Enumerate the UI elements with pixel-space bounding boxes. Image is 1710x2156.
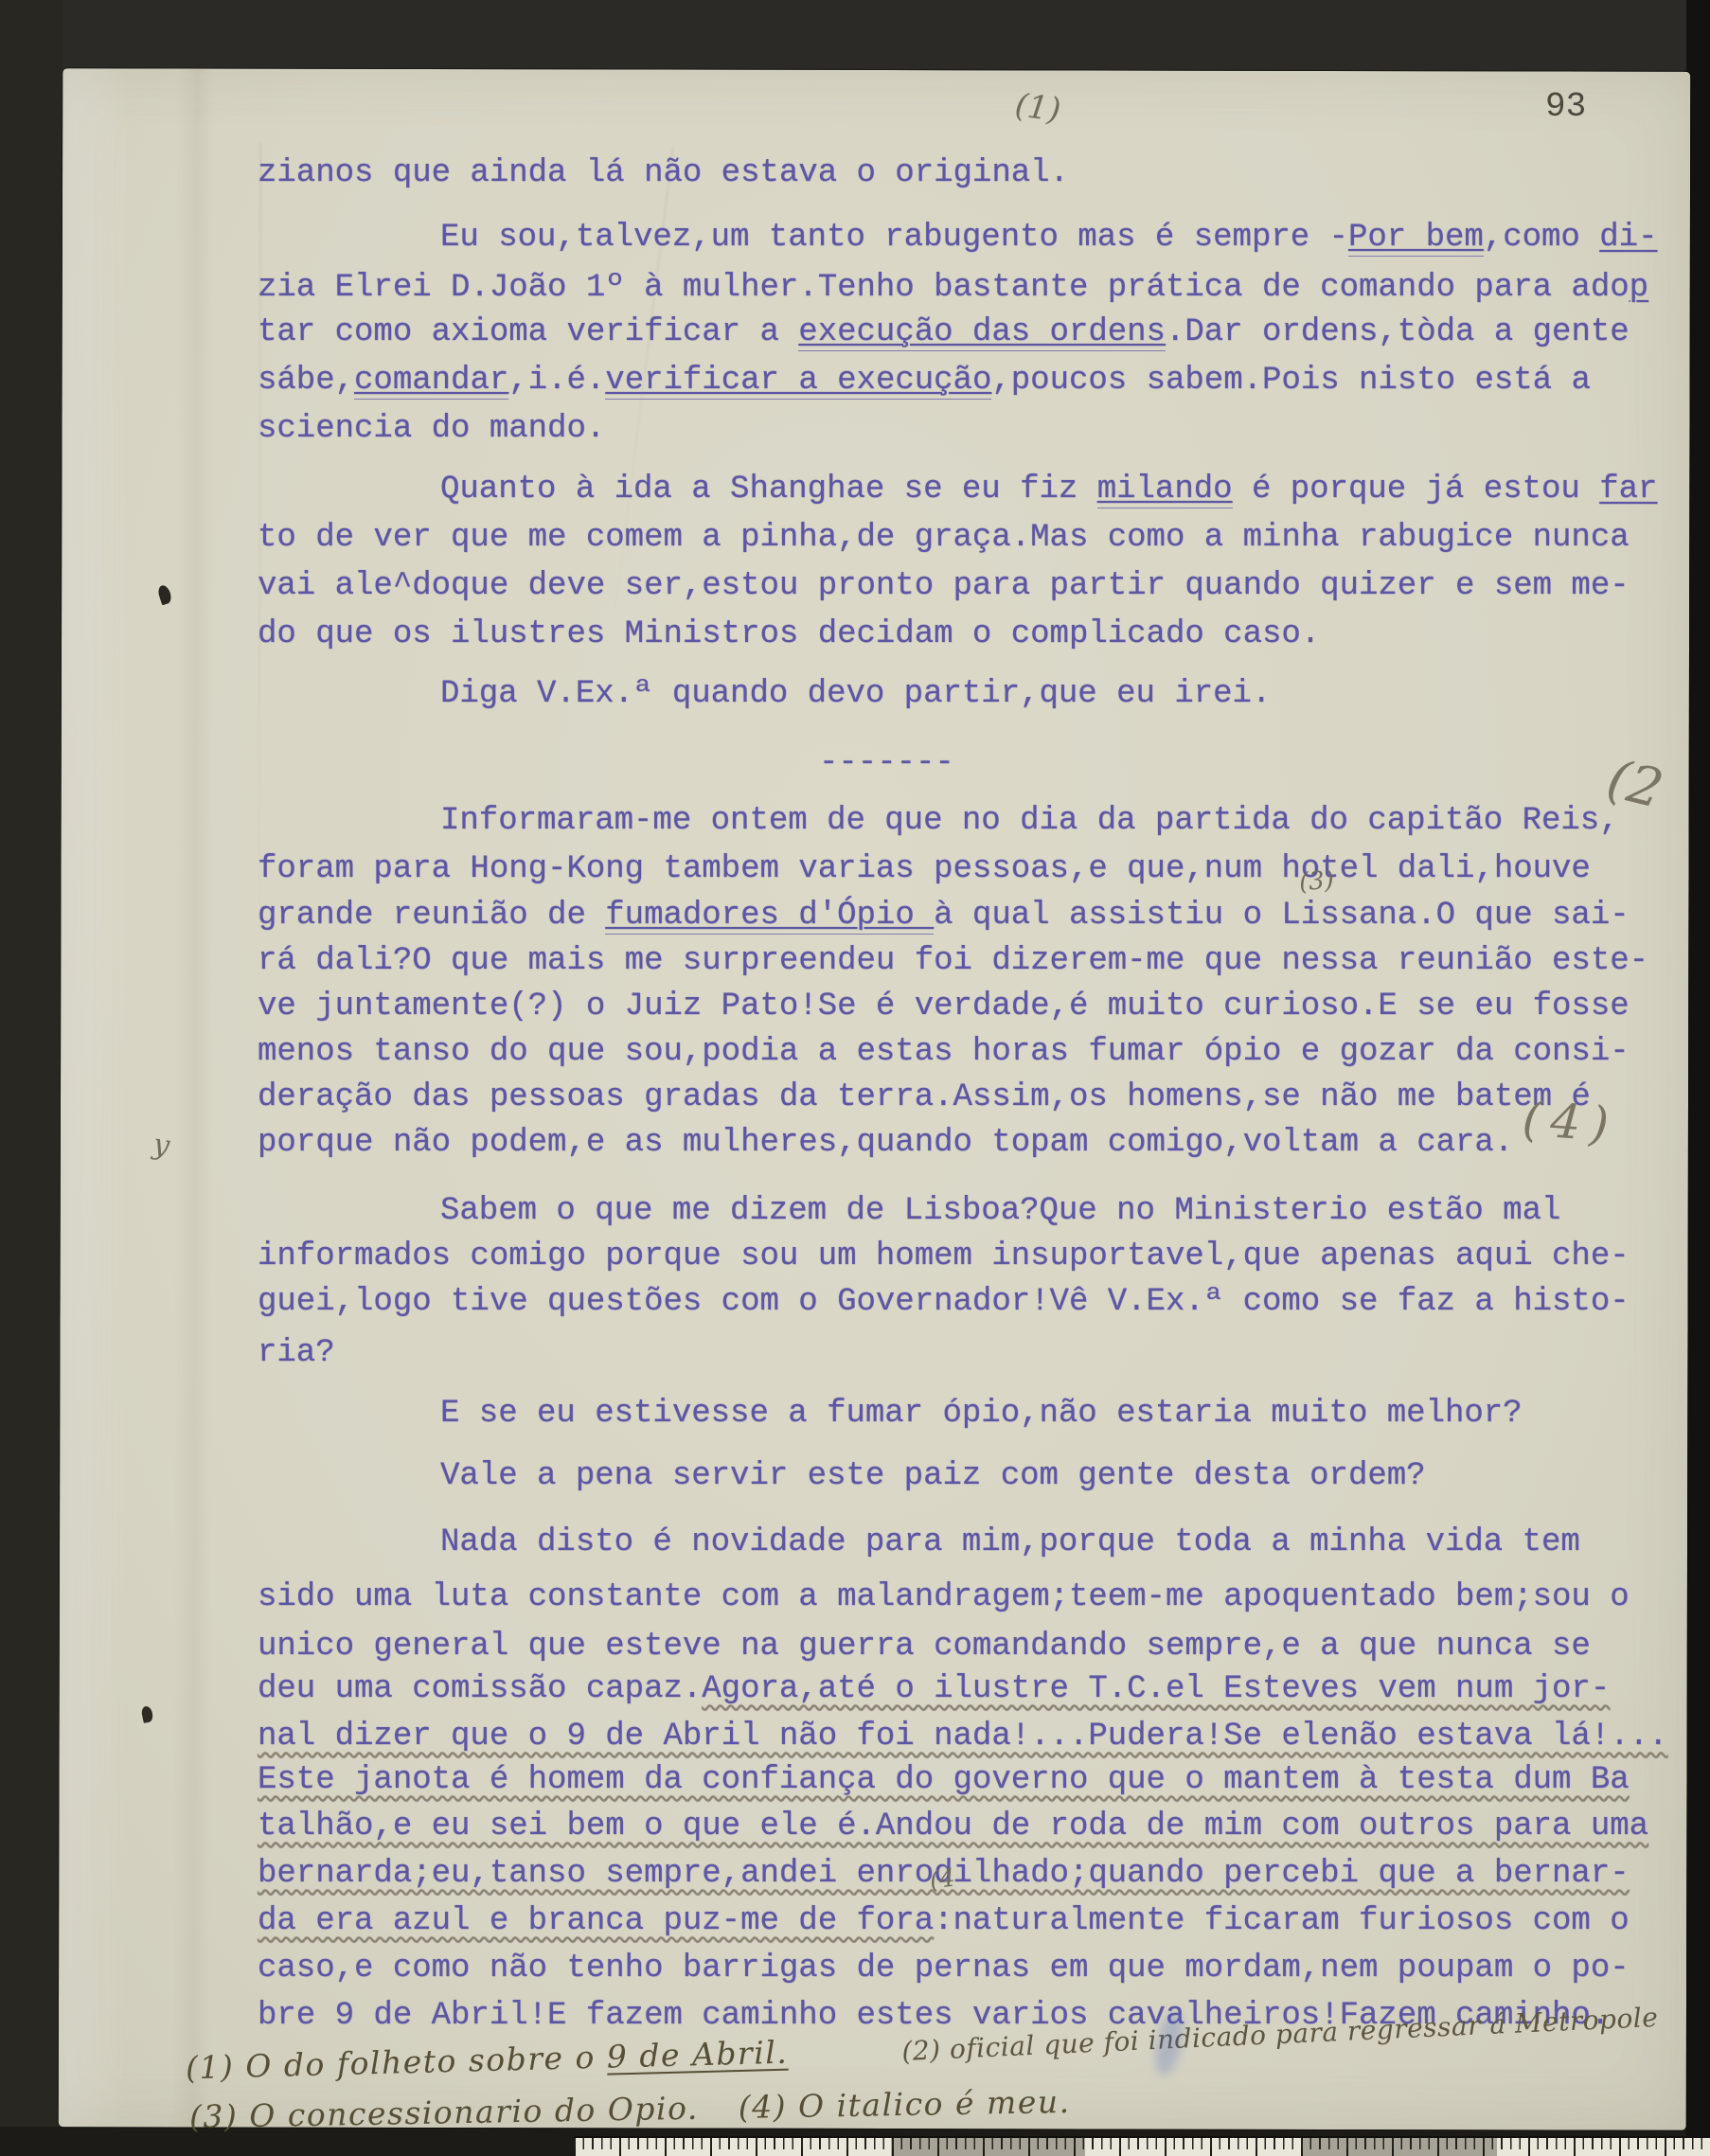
typed-line: deu uma comissão capaz.Agora,até o ilust…	[258, 1673, 1610, 1707]
typed-line: informados comigo porque sou um homem in…	[258, 1240, 1630, 1274]
typed-text-underlined: far	[1599, 472, 1657, 508]
typed-line: zia Elrei D.João 1º à mulher.Tenho basta…	[258, 272, 1648, 306]
typed-text: ,como	[1484, 220, 1599, 256]
typed-text-underlined: nal dizer que o 9 de Abril não foi nada!…	[258, 1719, 1667, 1755]
typed-line: ria?	[258, 1337, 335, 1371]
typed-line: foram para Hong-Kong tambem varias pesso…	[258, 853, 1591, 887]
typed-text: -------	[819, 745, 954, 781]
typed-line: sábe,comandar,i.é.verificar a execução,p…	[258, 365, 1591, 399]
typed-line: E se eu estivesse a fumar ópio,não estar…	[440, 1398, 1523, 1432]
typed-text-underlined: Este janota é homem da confiança do gove…	[258, 1762, 1630, 1798]
pencil-note-3: (3)	[1298, 866, 1335, 897]
typed-line: da era azul e branca puz-me de fora:natu…	[258, 1905, 1630, 1939]
typed-line: sido uma luta constante com a malandrage…	[258, 1581, 1630, 1615]
typed-text-underlined: talhão,e eu sei bem o que ele é.Andou de…	[258, 1809, 1648, 1844]
typed-line: guei,logo tive questões com o Governador…	[258, 1286, 1630, 1320]
typed-text-underlined: comandar	[354, 363, 508, 400]
typed-line: ve juntamente(?) o Juiz Pato!Se é verdad…	[258, 990, 1630, 1025]
scan-ruler	[574, 2136, 1710, 2156]
typed-text: foram para Hong-Kong tambem varias pesso…	[258, 851, 1591, 887]
scan-background-top	[0, 0, 1710, 74]
typed-line: Quanto à ida a Shanghae se eu fiz miland…	[440, 473, 1657, 508]
typed-text: ,i.é.	[508, 363, 605, 399]
typed-text: grande reunião de	[258, 898, 605, 934]
typed-line: Diga V.Ex.ª quando devo partir,que eu ir…	[440, 678, 1271, 712]
typed-text: Vale a pena servir este paiz com gente d…	[440, 1458, 1426, 1494]
typed-text: Diga V.Ex.ª quando devo partir,que eu ir…	[440, 676, 1271, 712]
typed-text: Nada disto é novidade para mim,porque to…	[440, 1524, 1580, 1560]
typed-text: unico general que esteve na guerra coman…	[258, 1629, 1591, 1665]
typed-text: informados comigo porque sou um homem in…	[258, 1238, 1630, 1274]
typed-text: sábe,	[258, 363, 354, 399]
typed-text-underlined: milando	[1097, 472, 1233, 508]
typed-text-underlined: da era azul e branca puz-me de fora	[258, 1903, 934, 1939]
typed-line: rá dali?O que mais me surpreendeu foi di…	[258, 945, 1648, 979]
typed-text: deu uma comissão capaz.	[258, 1671, 702, 1707]
typed-line: unico general que esteve na guerra coman…	[258, 1630, 1591, 1665]
footnote-1-underlined: 9 de Abril.	[606, 2034, 788, 2076]
typed-text-underlined: verificar a execução	[605, 363, 991, 400]
typed-text: zianos que ainda lá não estava o origina…	[258, 155, 1069, 191]
typed-text: .Dar ordens,tòda a gente	[1166, 314, 1630, 350]
typed-text-underlined: fumadores d'Ópio	[605, 898, 934, 935]
typed-text: à qual assistiu o Lissana.O que sai-	[934, 898, 1630, 934]
scanned-letter-page: 93 (1) zianos que ainda lá não estava o …	[0, 0, 1710, 2156]
footnote-4-text: (4) O italico é meu.	[738, 2083, 1070, 2126]
typed-text: do que os ilustres Ministros decidam o c…	[258, 616, 1320, 652]
typed-line: deração das pessoas gradas da terra.Assi…	[258, 1081, 1591, 1115]
typed-text-underlined: p	[1630, 270, 1648, 306]
typed-line: tar como axioma verificar a execução das…	[258, 316, 1630, 350]
typed-text: deração das pessoas gradas da terra.Assi…	[258, 1079, 1591, 1115]
typed-text-underlined: Agora,até o ilustre T.C.el Esteves vem n…	[702, 1671, 1610, 1707]
typed-line: vai ale^doque deve ser,estou pronto para…	[258, 570, 1630, 604]
typed-line: menos tanso do que sou,podia a estas hor…	[258, 1036, 1630, 1070]
page-number: 93	[1545, 87, 1586, 126]
typed-text: sciencia do mando.	[258, 411, 605, 447]
typed-line: Eu sou,talvez,um tanto rabugento mas é s…	[440, 222, 1657, 256]
typed-line: sciencia do mando.	[258, 413, 605, 447]
typed-text-underlined: Por bem	[1348, 220, 1484, 257]
typed-text: tar como axioma verificar a	[258, 314, 798, 350]
typed-text: porque não podem,e as mulheres,quando to…	[258, 1125, 1513, 1161]
typed-line: to de ver que me comem a pinha,de graça.…	[258, 522, 1630, 556]
typed-text-underlined: execução das ordens	[798, 314, 1166, 351]
typed-line: talhão,e eu sei bem o que ele é.Andou de…	[258, 1810, 1648, 1844]
typed-text: é porque já estou	[1233, 472, 1600, 508]
typed-line: do que os ilustres Ministros decidam o c…	[258, 618, 1320, 652]
typed-line: Nada disto é novidade para mim,porque to…	[440, 1526, 1580, 1560]
typed-text: to de ver que me comem a pinha,de graça.…	[258, 520, 1630, 556]
typed-text: Informaram-me ontem de que no dia da par…	[440, 803, 1619, 839]
typed-text: sido uma luta constante com a malandrage…	[258, 1579, 1630, 1615]
typed-line: Este janota é homem da confiança do gove…	[258, 1764, 1630, 1798]
pencil-note-1: (1)	[1013, 86, 1063, 130]
typed-line: -------	[819, 747, 954, 781]
typed-text: zia Elrei D.João 1º à mulher.Tenho basta…	[258, 270, 1630, 306]
typed-text: menos tanso do que sou,podia a estas hor…	[258, 1034, 1630, 1070]
typed-text: E se eu estivesse a fumar ópio,não estar…	[440, 1396, 1523, 1432]
scan-background-left	[0, 0, 62, 2156]
typed-line: caso,e como não tenho barrigas de pernas…	[258, 1952, 1630, 1987]
typed-text: ,poucos sabem.Pois nisto está a	[991, 363, 1591, 399]
typed-text: Sabem o que me dizem de Lisboa?Que no Mi…	[440, 1193, 1560, 1229]
typed-text: guei,logo tive questões com o Governador…	[258, 1284, 1630, 1320]
typed-text: ria?	[258, 1335, 335, 1371]
typed-text-underlined: di-	[1599, 220, 1657, 256]
typed-line: zianos que ainda lá não estava o origina…	[258, 157, 1069, 191]
typed-line: nal dizer que o 9 de Abril não foi nada!…	[258, 1720, 1667, 1755]
typed-line: grande reunião de fumadores d'Ópio à qua…	[258, 900, 1630, 934]
typed-text: Quanto à ida a Shanghae se eu fiz	[440, 472, 1097, 508]
typed-text: ve juntamente(?) o Juiz Pato!Se é verdad…	[258, 989, 1630, 1025]
typed-text: :naturalmente ficaram furiosos com o	[934, 1903, 1630, 1939]
typed-text: rá dali?O que mais me surpreendeu foi di…	[258, 943, 1648, 979]
typed-line: porque não podem,e as mulheres,quando to…	[258, 1127, 1513, 1161]
typed-line: Sabem o que me dizem de Lisboa?Que no Mi…	[440, 1195, 1560, 1229]
typed-line: Vale a pena servir este paiz com gente d…	[440, 1460, 1426, 1494]
pencil-note-4: (4)	[1521, 1092, 1620, 1153]
pencil-note-4-inline: (4	[929, 1864, 957, 1896]
typed-text: vai ale^doque deve ser,estou pronto para…	[258, 568, 1630, 604]
footnote-gap	[699, 2118, 739, 2119]
typed-text: caso,e como não tenho barrigas de pernas…	[258, 1951, 1630, 1987]
typed-text: Eu sou,talvez,um tanto rabugento mas é s…	[440, 220, 1348, 256]
scan-edge-right	[1686, 0, 1710, 2156]
typed-line: Informaram-me ontem de que no dia da par…	[440, 805, 1619, 839]
